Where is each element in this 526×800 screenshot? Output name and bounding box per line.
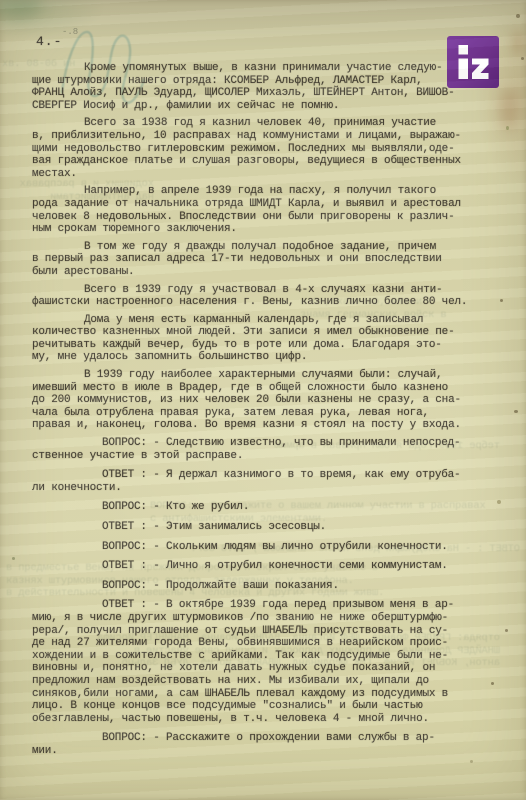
interrogation-question: ВОПРОС: - Следствию известно, что вы при… <box>32 437 498 462</box>
document-paragraph: Всего за 1938 год я казнил человек 40, п… <box>32 117 498 180</box>
faint-page-mark: -.8 <box>62 27 78 37</box>
paper-speck <box>470 760 473 763</box>
interrogation-answer: ОТВЕТ : - Этим занимались эсесовцы. <box>32 521 498 534</box>
paper-speck <box>514 410 518 413</box>
document-paragraph: В том же году я дважды получал подобное … <box>32 241 498 279</box>
interrogation-question: ВОПРОС: - Кто же рубил. <box>32 501 498 514</box>
document-scan: хв. 08-06 ин ходивших и в расправах над … <box>0 0 526 800</box>
paper-speck <box>12 557 15 560</box>
typewritten-text: Кроме упомянутых выше, в казни принимали… <box>32 62 498 765</box>
document-paragraph: Всего в 1939 году я участвовал в 4-х слу… <box>32 284 498 309</box>
iz-watermark-logo-icon <box>447 36 499 88</box>
paper-speck <box>505 629 508 632</box>
paper-speck <box>521 57 524 60</box>
interrogation-question: ВОПРОС: - Расскажите о прохождении вами … <box>32 732 498 757</box>
paper-stain <box>512 30 524 56</box>
interrogation-question: ВОПРОС: - Продолжайте ваши показания. <box>32 580 498 593</box>
iz-logo-letter-i-stem <box>459 59 469 80</box>
paper-stain <box>500 88 518 130</box>
interrogation-answer: ОТВЕТ : - В октябре 1939 года перед приз… <box>32 599 498 725</box>
paper-stain <box>0 0 42 20</box>
interrogation-answer: ОТВЕТ : - Я держал казнимого в то время,… <box>32 469 498 494</box>
document-paragraph: Кроме упомянутых выше, в казни принимали… <box>32 62 498 112</box>
interrogation-answer: ОТВЕТ : - Лично я отрубил конечности сем… <box>32 560 498 573</box>
document-paragraph: Дома у меня есть карманный календарь, гд… <box>32 314 498 364</box>
paper-speck <box>491 682 494 685</box>
document-paragraph: Например, в апреле 1939 года на пасху, я… <box>32 185 498 235</box>
paper-speck <box>497 500 501 504</box>
iz-logo-letter-i-dot <box>459 45 469 55</box>
paper-speck <box>506 126 509 130</box>
paper-speck <box>500 299 503 302</box>
page-number: 4.- <box>36 34 62 49</box>
paper-speck <box>516 14 520 18</box>
document-paragraph: В 1939 году наиболее характерными случая… <box>32 369 498 432</box>
interrogation-question: ВОПРОС: - Скольким людям вы лично отруби… <box>32 541 498 554</box>
